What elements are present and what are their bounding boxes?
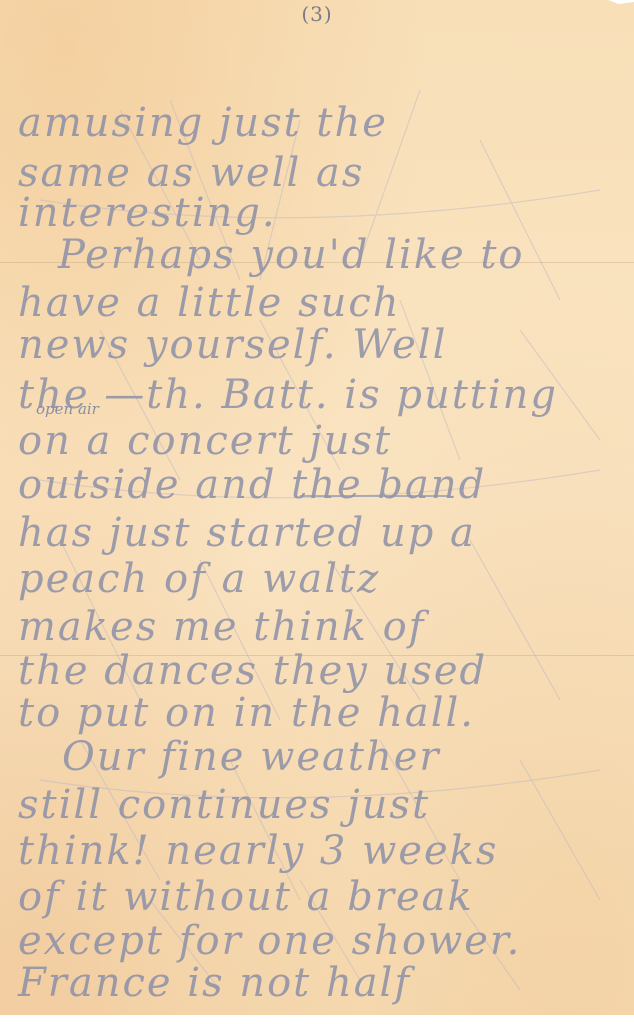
- text-line: have a little such: [18, 280, 401, 326]
- text-line: Our fine weather: [62, 734, 441, 780]
- text-line: amusing just the: [18, 100, 388, 146]
- page-number: (3): [0, 2, 634, 26]
- text-line: makes me think of: [18, 604, 425, 650]
- text-line: except for one shower.: [18, 918, 521, 964]
- underline-mark: [300, 495, 450, 497]
- text-line: news yourself. Well: [18, 322, 447, 368]
- text-line: the —th. Batt. is putting: [18, 372, 558, 418]
- text-line: the dances they used: [18, 648, 487, 694]
- text-line: Perhaps you'd like to: [58, 232, 525, 278]
- interlinear-insertion: open air: [36, 400, 99, 418]
- text-line: on a concert just: [18, 418, 392, 464]
- text-line: think! nearly 3 weeks: [18, 828, 498, 874]
- text-line: of it without a break: [18, 874, 474, 920]
- letter-page: (3) amusing just the same as well as int…: [0, 0, 634, 1015]
- text-line: France is not half: [18, 960, 411, 1006]
- text-line: still continues just: [18, 782, 430, 828]
- text-line: interesting.: [18, 190, 277, 236]
- text-line: has just started up a: [18, 510, 476, 556]
- text-line: peach of a waltz: [18, 556, 380, 602]
- text-line: to put on in the hall.: [18, 690, 475, 736]
- text-line: outside and the band: [18, 462, 486, 508]
